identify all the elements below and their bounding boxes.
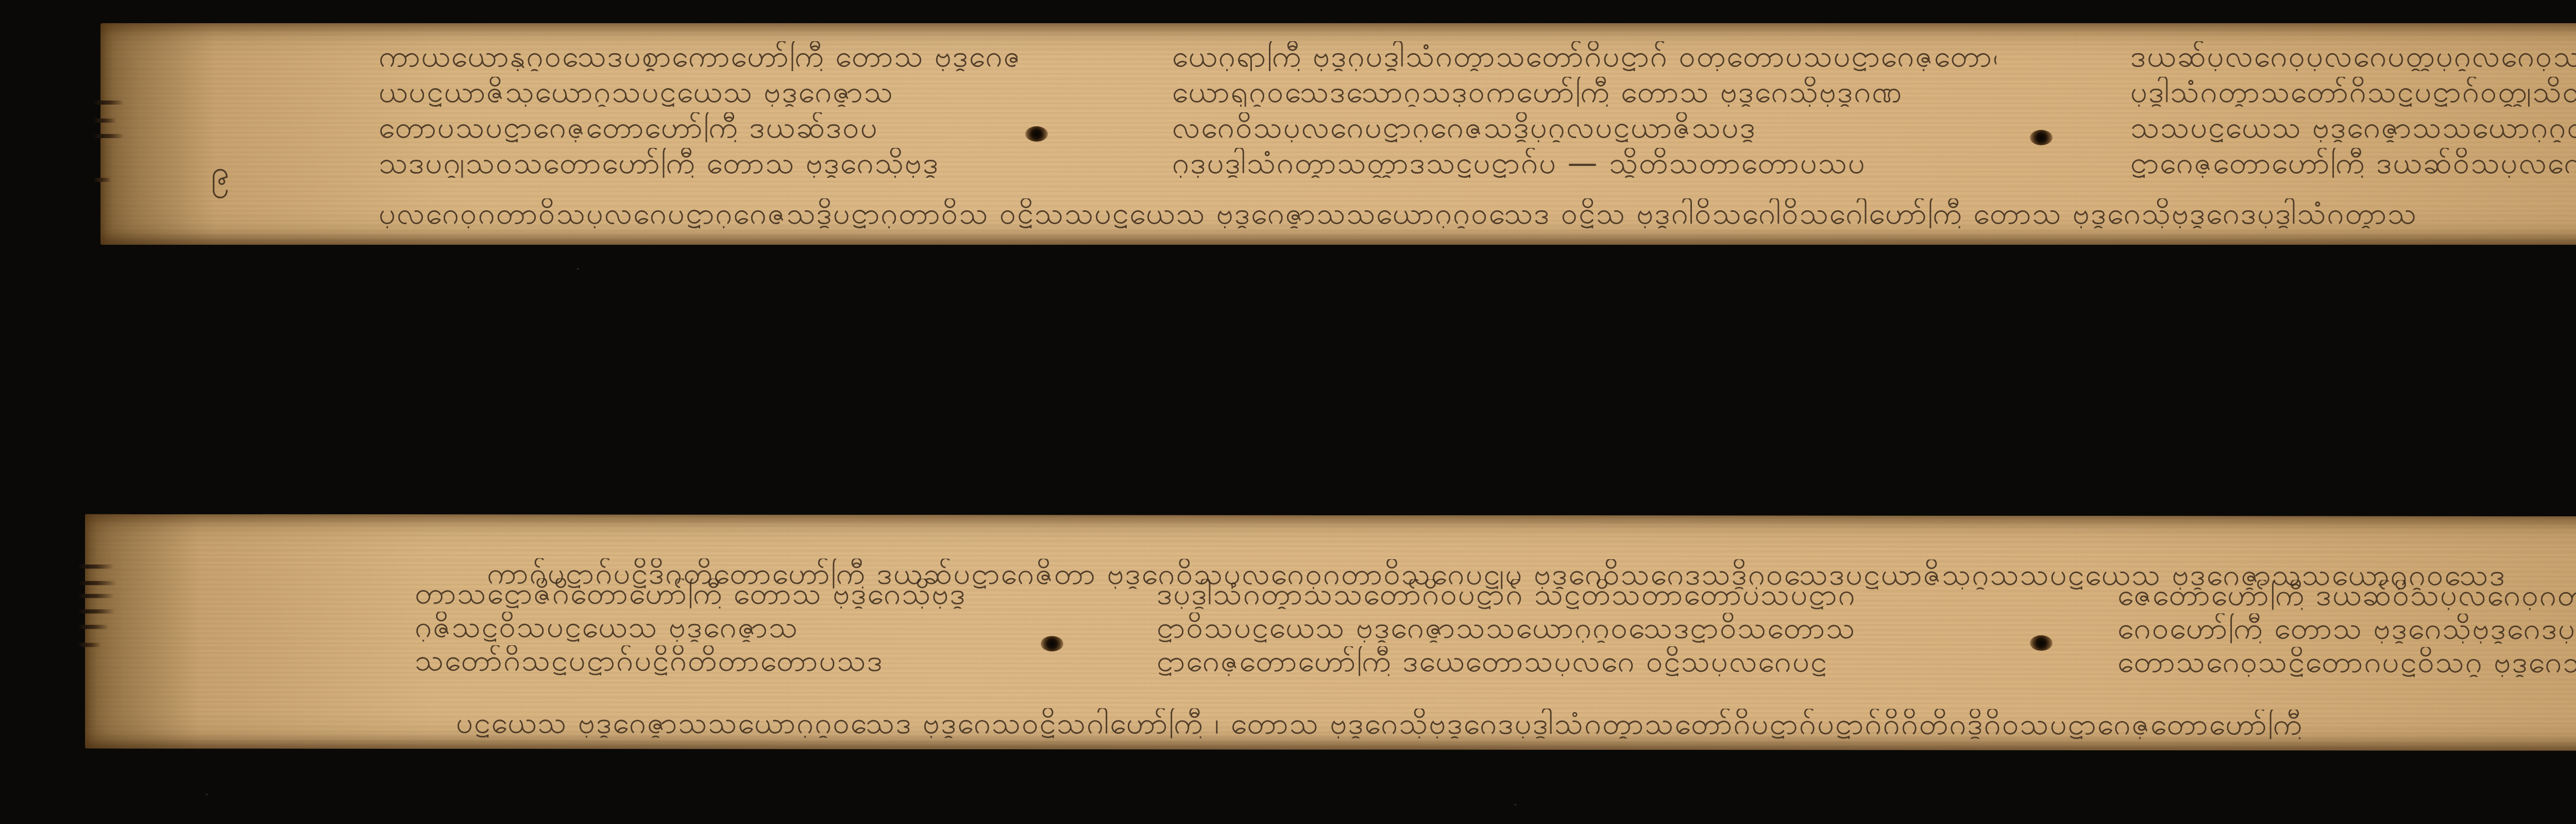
manuscript-line: တာသဋ္ဌောဇိဂိတောဟော်ကြီ တောသ ဗုဒ္ဓဂေသိုဗု… bbox=[415, 578, 1033, 609]
manuscript-line: တောပသပဋ္ဌာဂေဇုတောဟော်ကြီ ဒယဆ်ဒဝပ bbox=[379, 112, 1018, 142]
manuscript-line: ဒယဆ်ပုလဂေဝုပုလဂေပတ္တပုဂ္ဂလဂေဝုသဒ္ဒိ ဥပဂ်… bbox=[2130, 41, 2576, 71]
text-column-1: တာသဋ္ဌောဇိဂိတောဟော်ကြီ တောသ ဗုဒ္ဓဂေသိုဗု… bbox=[415, 561, 1033, 693]
string-hole-left bbox=[1041, 636, 1063, 651]
text-column-3: ဇေတောဟော်ကြီ ဒယဆ်ဝိသပုလဂေဝုဂတာသ ဂေဝဟော်က… bbox=[2117, 562, 2576, 694]
manuscript-line: ဋ္ဌာဂေဇုတောဟော်ကြီ ဒယေတောသပုလဂေ ဝဋ္ဌိသပု… bbox=[1157, 646, 1981, 676]
manuscript-line: သတော်ဂိသဋ္ဌပဋ္ဌာဂ်ပဋ္ဌိဂိတိတာတောပသဒ bbox=[415, 645, 1033, 676]
manuscript-line: ဂုဒုပဒ္ဒါသံဂတွာသတ္တာဒသဋ္ဌပဋ္ဌာဂ်ပ — သ္ဒိ… bbox=[1172, 148, 1996, 178]
frayed-edge bbox=[78, 610, 115, 614]
manuscript-line: ပုဒ္ဒါသံဂတွာသတော်ဂိသဋ္ဌပဋ္ဌာဂ်ဝတ္တုသိတိတ bbox=[2130, 77, 2576, 107]
frayed-edge bbox=[78, 581, 116, 585]
manuscript-line: ယပဋ္ဌယာဇိသုယောဂ္ဂသပဋ္ဌယေသ ဗုဒ္ဓဂေဇ္ဇာသ bbox=[379, 77, 1018, 107]
palm-leaf-top: ၉ ကာယယောနုဂ္ဂဝသေဒပစ္စာကောဟော်ကြီ တောသ ဗု… bbox=[100, 23, 2576, 245]
frayed-edge bbox=[93, 134, 124, 138]
dust-speck bbox=[577, 268, 579, 270]
manuscript-line-full: ပဋ္ဌယေသ ဗုဒ္ဓဂေဇ္ဇာသသယောဂုဂ္ဂဝသေဒ ဗုဒ္ဓဂ… bbox=[456, 708, 2576, 739]
string-hole-left bbox=[1025, 126, 1048, 142]
string-hole-right bbox=[2030, 130, 2053, 145]
text-column-2: ဒပုဒ္ဒါသံဂတွာသသတော်ဂိဝပဋ္ဌာဂ် သဋ္ဌတိသတာတ… bbox=[1157, 561, 1981, 693]
frayed-edge bbox=[93, 100, 124, 105]
frayed-edge bbox=[78, 643, 101, 647]
text-column-3: ဒယဆ်ပုလဂေဝုပုလဂေပတ္တပုဂ္ဂလဂေဝုသဒ္ဒိ ဥပဂ်… bbox=[2130, 23, 2576, 196]
manuscript-line: ဂေဝဟော်ကြီ တောသ ဗုဒ္ဓဂေသိုဗုဒ္ဓဂေဒပုဒ္ဒါ… bbox=[2117, 613, 2576, 644]
palm-leaf-bottom: ကာဂ်ပဋ္ဌာဂ်ပဋ္ဌိဒိဂတိတောဟော်ကြီ ဒယဆ်ပဋ္ဌ… bbox=[85, 514, 2576, 751]
manuscript-line: ကာယယောနုဂ္ဂဝသေဒပစ္စာကောဟော်ကြီ တောသ ဗုဒ္… bbox=[379, 41, 1018, 71]
manuscript-line: ယေဂုရာကြီ ဗုဒ္ဓဂုပဒ္ဒါသံဂတွာသတော်ဂိပဋ္ဌာ… bbox=[1172, 41, 1996, 71]
dust-speck bbox=[1515, 804, 1516, 805]
manuscript-line: လဂေဝိသပုလဂေပဋ္ဌာဂုဂေဇသဒ္ဒိပုဂ္ဂလပဋ္ဌယာဇိ… bbox=[1172, 112, 1996, 142]
frayed-edge bbox=[93, 119, 116, 123]
text-column-1: ကာယယောနုဂ္ဂဝသေဒပစ္စာကောဟော်ကြီ တောသ ဗုဒ္… bbox=[379, 23, 1018, 196]
text-column-2: ယေဂုရာကြီ ဗုဒ္ဓဂုပဒ္ဒါသံဂတွာသတော်ဂိပဋ္ဌာ… bbox=[1172, 23, 1996, 196]
frayed-edge bbox=[93, 178, 111, 182]
manuscript-line: တောသဂေဝုသဋ္ဌိတောဂပဋ္ဌဝိသဂ္ဂ ဗုဒ္ဓဂေသ bbox=[2117, 647, 2576, 677]
leaf-number: ၉ bbox=[211, 152, 230, 200]
frayed-edge bbox=[78, 565, 114, 569]
manuscript-line: သသပဋ္ဌယေသ ဗုဒ္ဓဂေဇ္ဇာသသယောဂုဂ္ဂဝ bbox=[2130, 112, 2576, 142]
frayed-edge bbox=[78, 625, 109, 629]
manuscript-line: ယောရုဂ္ဂဝသေဒသောဂ္ဂသဒုဝဂာဟော်ကြီ တောသ ဗုဒ… bbox=[1172, 77, 1996, 107]
frayed-edge bbox=[78, 594, 114, 598]
manuscript-line: ဒပုဒ္ဒါသံဂတွာသသတော်ဂိဝပဋ္ဌာဂ် သဋ္ဌတိသတာတ… bbox=[1157, 579, 1981, 609]
string-hole-right bbox=[2030, 635, 2053, 651]
manuscript-line: ဇေတောဟော်ကြီ ဒယဆ်ဝိသပုလဂေဝုဂတာသ bbox=[2117, 580, 2576, 610]
manuscript-line: ဋ္ဌာဝိသပဋ္ဌယေသ ဗုဒ္ဓဂေဇ္ဇာသသယောဂုဂ္ဂဝသေဒ… bbox=[1157, 612, 1981, 643]
manuscript-line-full: ပုလဂေဝုဂတာဝိသပုလဂေပဋ္ဌာဂုဂေဇသဒ္ဒိပဋ္ဌာဂု… bbox=[379, 198, 2576, 228]
manuscript-line: ဂုဇိသဋ္ဌဝိသပဋ္ဌယေသ ဗုဒ္ဓဂေဇ္ဇာသ bbox=[415, 612, 1033, 642]
manuscript-line: သဒပဂ္ဂုသဝသတောဟော်ကြီ တောသ ဗုဒ္ဓဂေသိုဗုဒ္… bbox=[379, 148, 1018, 178]
manuscript-line: ဋ္ဌာဂေဇုတောဟော်ကြီ ဒယဆ်ဝိသပုလဂေဝုဂတာသ bbox=[2130, 148, 2576, 178]
dust-speck bbox=[206, 794, 208, 795]
